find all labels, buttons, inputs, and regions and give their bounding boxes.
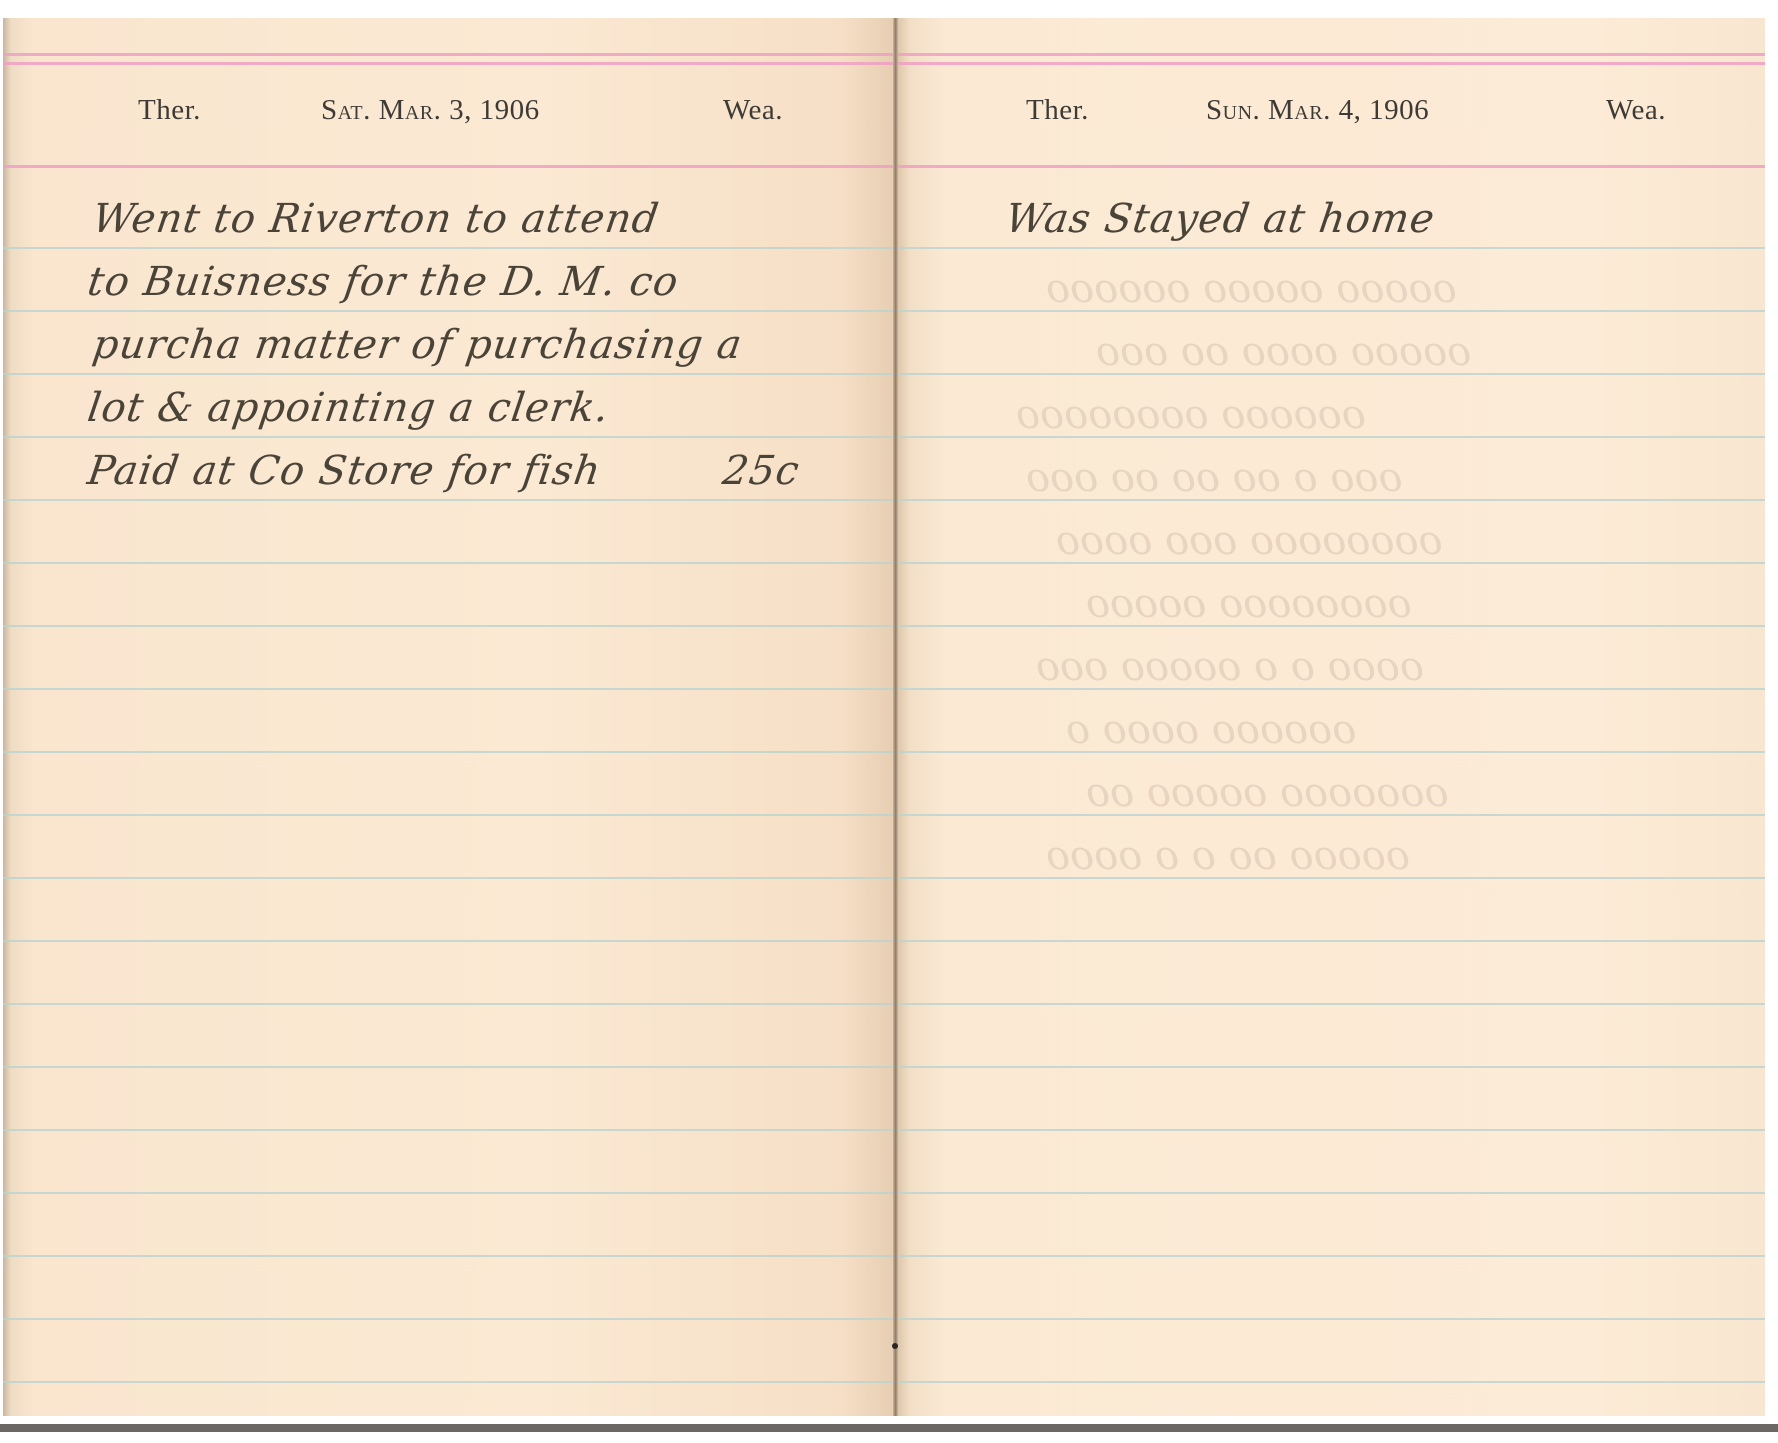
entry-line: purcha matter of purchasing a	[90, 322, 745, 368]
pink-rule	[896, 165, 1765, 168]
entry-line: Was Stayed at home	[1003, 196, 1438, 242]
binding-stitch	[892, 1343, 898, 1349]
left-page: Ther. Sat. Mar. 3, 1906 Wea. Went to Riv…	[3, 18, 896, 1416]
date-heading: Sat. Mar. 3, 1906	[321, 94, 540, 127]
pink-rule	[3, 53, 896, 56]
entry-line: lot & appointing a clerk.	[85, 385, 613, 431]
pink-rule	[3, 62, 896, 65]
pink-rule	[896, 53, 1765, 56]
ther-label: Ther.	[1026, 94, 1089, 127]
pink-rule	[896, 62, 1765, 65]
wea-label: Wea.	[1606, 94, 1666, 127]
ther-label: Ther.	[138, 94, 201, 127]
entry-line: Went to Riverton to attend	[90, 196, 662, 242]
pink-rule	[3, 165, 896, 168]
entry-line: Paid at Co Store for fish	[85, 448, 604, 494]
entry-line: to Buisness for the D. M. co	[85, 259, 682, 305]
expense-amount: 25c	[720, 448, 803, 494]
date-heading: Sun. Mar. 4, 1906	[1206, 94, 1429, 127]
wea-label: Wea.	[723, 94, 783, 127]
book-bottom-edge	[0, 1424, 1778, 1432]
right-page: Ther. Sun. Mar. 4, 1906 Wea. ooooo ooooo…	[896, 18, 1765, 1416]
open-diary: Ther. Sat. Mar. 3, 1906 Wea. Went to Riv…	[3, 18, 1765, 1430]
book-spine	[893, 18, 898, 1416]
